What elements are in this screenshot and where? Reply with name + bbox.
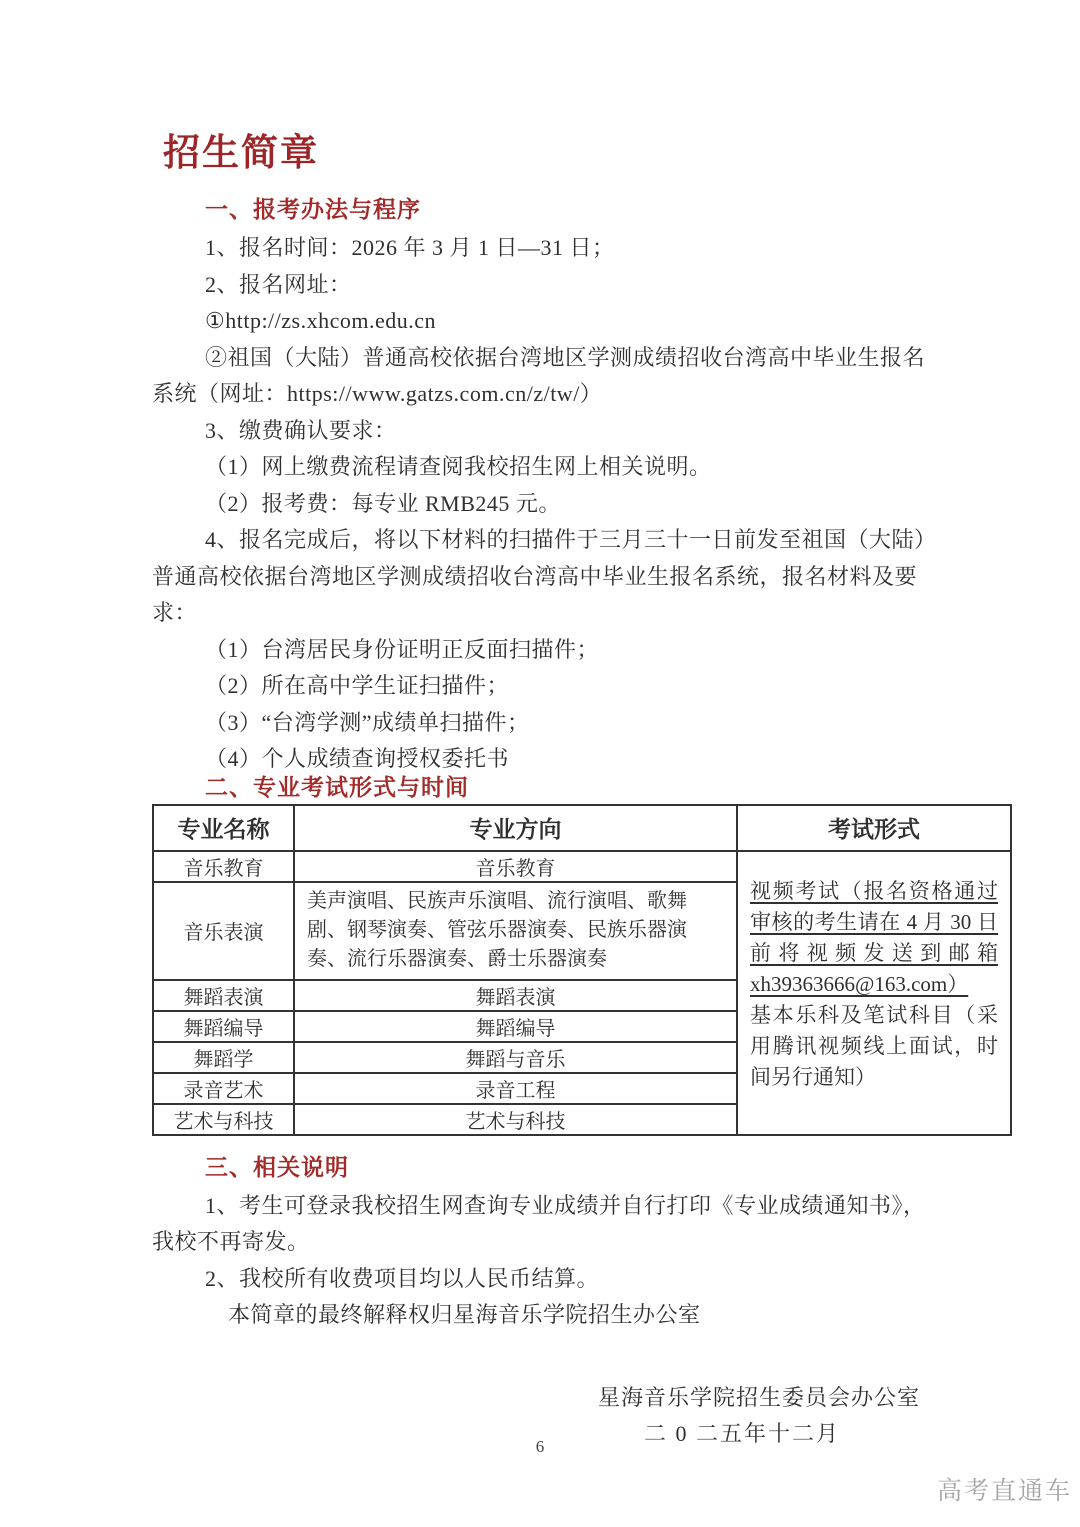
direction-cell: 美声演唱、民族声乐演唱、流行演唱、歌舞剧、钢琴演奏、管弦乐器演奏、民族乐器演奏、… <box>294 882 737 980</box>
paragraph-final-interpretation: 本简章的最终解释权归星海音乐学院招生办公室 <box>152 1297 935 1334</box>
direction-cell: 舞蹈与音乐 <box>294 1042 737 1073</box>
page-title: 招生简章 <box>163 0 935 176</box>
page-number: 6 <box>0 1437 1080 1457</box>
paragraph-website-label: 2、报名网址： <box>152 267 935 304</box>
direction-cell: 音乐教育 <box>294 851 737 882</box>
major-cell: 音乐表演 <box>153 882 294 980</box>
direction-cell: 舞蹈表演 <box>294 980 737 1011</box>
table-header-row: 专业名称 专业方向 考试形式 <box>153 805 1011 851</box>
paragraph-note-2: 2、我校所有收费项目均以人民币结算。 <box>152 1261 935 1298</box>
paragraph-note-1: 1、考生可登录我校招生网查询专业成绩并自行打印《专业成绩通知书》，我校不再寄发。 <box>152 1188 935 1261</box>
exam-format-cell: 视频考试（报名资格通过审核的考生请在 4 月 30 日前将视频发送到邮箱xh39… <box>737 851 1011 1135</box>
section-heading-notes: 三、相关说明 <box>152 1152 935 1182</box>
section-heading-application: 一、报考办法与程序 <box>152 194 935 224</box>
paragraph-registration-time: 1、报名时间：2026 年 3 月 1 日—31 日； <box>152 230 935 267</box>
direction-cell: 艺术与科技 <box>294 1104 737 1135</box>
paragraph-material-3: （3）“台湾学测”成绩单扫描件； <box>152 705 935 742</box>
column-header-exam-format: 考试形式 <box>737 805 1011 851</box>
exam-format-email: xh39363666@163.com） <box>750 972 968 996</box>
paragraph-url-2: ②祖国（大陆）普通高校依据台湾地区学测成绩招收台湾高中毕业生报名系统（网址：ht… <box>152 340 935 413</box>
paragraph-payment-2: （2）报考费：每专业 RMB245 元。 <box>152 486 935 523</box>
paragraph-payment-1: （1）网上缴费流程请查阅我校招生网上相关说明。 <box>152 449 935 486</box>
exam-format-underlined-text: 视频考试（报名资格通过审核的考生请在 4 月 30 日前将视频发送到邮箱 <box>750 879 998 965</box>
watermark-gaokao-zhitongche: 高考直通车 <box>937 1471 1072 1507</box>
major-cell: 录音艺术 <box>153 1073 294 1104</box>
paragraph-payment-label: 3、缴费确认要求： <box>152 413 935 450</box>
major-cell: 艺术与科技 <box>153 1104 294 1135</box>
paragraph-material-1: （1）台湾居民身份证明正反面扫描件； <box>152 632 935 669</box>
major-cell: 音乐教育 <box>153 851 294 882</box>
paragraph-url-1: ①http://zs.xhcom.edu.cn <box>152 303 935 340</box>
signature-office: 星海音乐学院招生委员会办公室 <box>152 1380 935 1416</box>
exam-format-normal-text: 基本乐科及笔试科目（采用腾讯视频线上面试，时间另行通知） <box>750 1000 998 1093</box>
exam-table: 专业名称 专业方向 考试形式 音乐教育 音乐教育 视频考试（报名资格通过审核的考… <box>152 804 1012 1136</box>
column-header-major: 专业名称 <box>153 805 294 851</box>
direction-cell: 舞蹈编导 <box>294 1011 737 1042</box>
column-header-direction: 专业方向 <box>294 805 737 851</box>
major-cell: 舞蹈表演 <box>153 980 294 1011</box>
table-row: 音乐教育 音乐教育 视频考试（报名资格通过审核的考生请在 4 月 30 日前将视… <box>153 851 1011 882</box>
paragraph-materials-intro: 4、报名完成后，将以下材料的扫描件于三月三十一日前发至祖国（大陆）普通高校依据台… <box>152 522 935 632</box>
document-page: 招生简章 一、报考办法与程序 1、报名时间：2026 年 3 月 1 日—31 … <box>0 0 1080 1527</box>
major-cell: 舞蹈学 <box>153 1042 294 1073</box>
major-cell: 舞蹈编导 <box>153 1011 294 1042</box>
paragraph-material-2: （2）所在高中学生证扫描件； <box>152 668 935 705</box>
document-content: 招生简章 一、报考办法与程序 1、报名时间：2026 年 3 月 1 日—31 … <box>152 0 935 1452</box>
section-heading-exam: 二、专业考试形式与时间 <box>152 772 935 802</box>
direction-cell: 录音工程 <box>294 1073 737 1104</box>
